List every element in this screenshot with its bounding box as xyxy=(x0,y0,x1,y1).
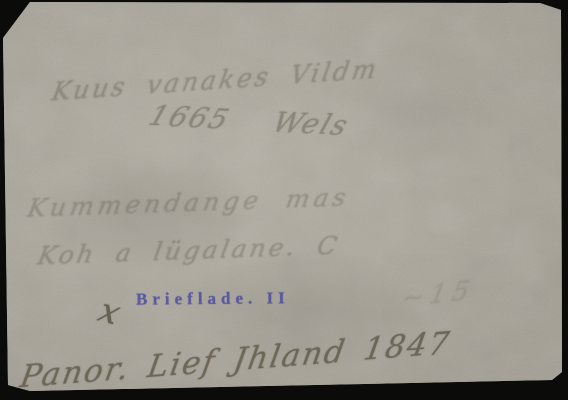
paper-texture xyxy=(0,0,568,400)
scanned-document: Kuus vanakes Vildm 1665 Wels Kummendange… xyxy=(0,0,568,400)
paper-sheet: Kuus vanakes Vildm 1665 Wels Kummendange… xyxy=(0,0,568,400)
